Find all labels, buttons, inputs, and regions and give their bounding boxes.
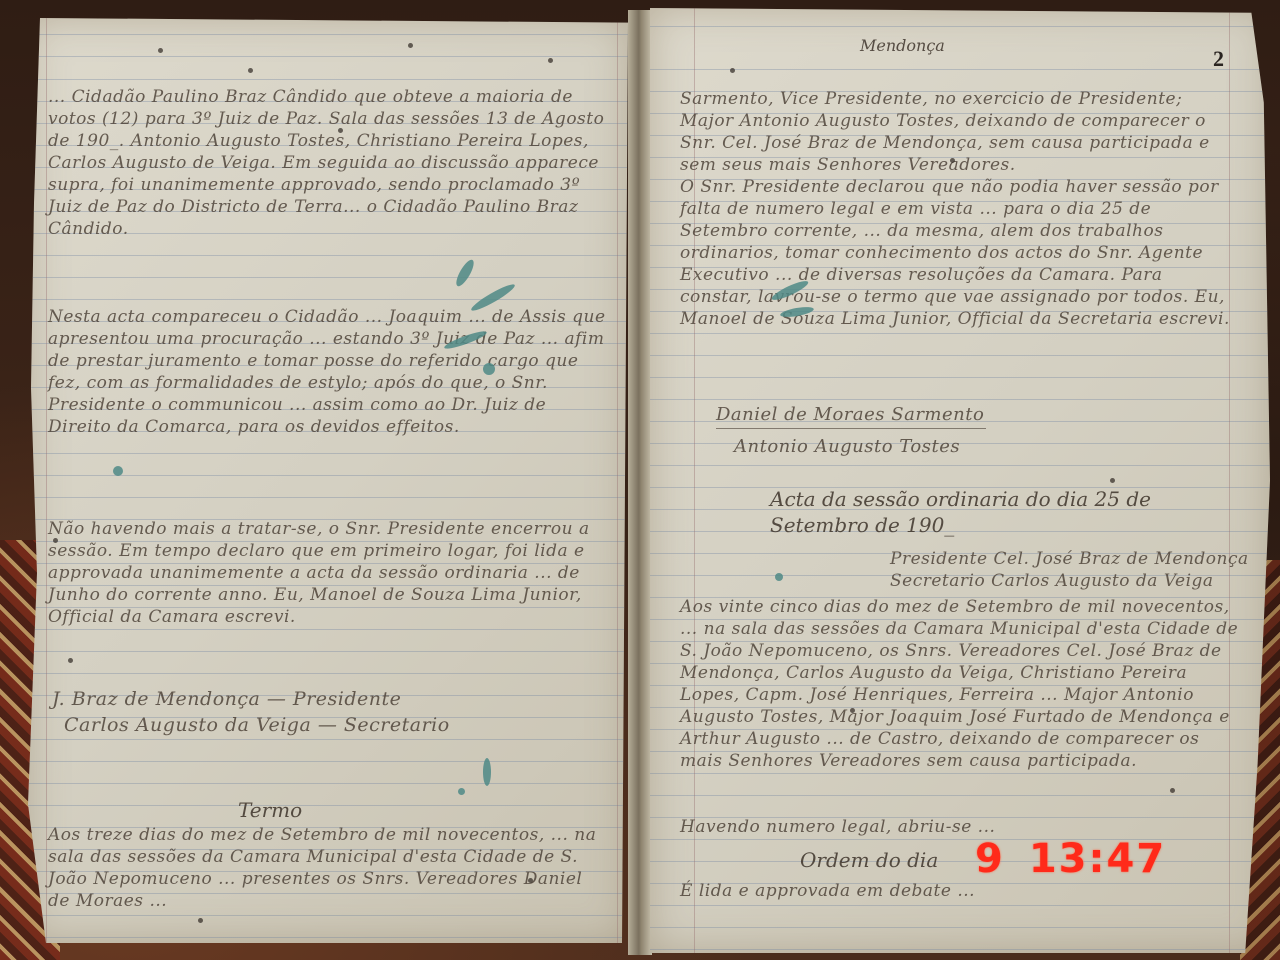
- left-closing-paragraph: Aos treze dias do mez de Setembro de mil…: [48, 824, 608, 912]
- speckle: [950, 158, 955, 163]
- right-signature-1: Daniel de Moraes Sarmento: [716, 404, 1116, 426]
- speckle: [198, 918, 203, 923]
- left-section-heading: Termo: [238, 798, 302, 822]
- right-header-note: Mendonça: [860, 36, 945, 55]
- speckle: [408, 43, 413, 48]
- right-final-line: É lida e approvada em debate ...: [680, 880, 1240, 902]
- right-paragraph-2: O Snr. Presidente declarou que não podia…: [680, 176, 1240, 330]
- speckle: [68, 658, 73, 663]
- left-paragraph-1: ... Cidadão Paulino Braz Cândido que obt…: [48, 86, 608, 240]
- margin-line: [46, 18, 47, 943]
- right-session-paragraph: Aos vinte cinco dias do mez de Setembro …: [680, 596, 1240, 772]
- speckle: [1170, 788, 1175, 793]
- ink-stain: [483, 363, 495, 375]
- margin-line: [617, 18, 618, 943]
- right-signature-2: Antonio Augusto Tostes: [734, 436, 1134, 458]
- right-officer-secretary: Secretario Carlos Augusto da Veiga: [890, 570, 1250, 592]
- left-paragraph-2: Nesta acta compareceu o Cidadão ... Joaq…: [48, 306, 608, 438]
- speckle: [158, 48, 163, 53]
- left-page: ... Cidadão Paulino Braz Cândido que obt…: [28, 18, 628, 943]
- timestamp-time: 13:47: [1029, 836, 1166, 882]
- left-paragraph-3: Não havendo mais a tratar-se, o Snr. Pre…: [48, 518, 608, 628]
- right-section-heading: Acta da sessão ordinaria do dia 25 de Se…: [770, 486, 1240, 538]
- camera-timestamp: 913:47: [975, 836, 1166, 882]
- timestamp-day: 9: [975, 836, 1005, 882]
- ink-stain: [113, 466, 123, 476]
- speckle: [548, 58, 553, 63]
- speckle: [53, 538, 58, 543]
- ink-stain: [483, 758, 491, 786]
- right-page: Mendonça 2 Sarmento, Vice Presidente, no…: [650, 8, 1270, 953]
- right-agenda-heading: Ordem do dia: [800, 848, 938, 872]
- right-paragraph-1: Sarmento, Vice Presidente, no exercicio …: [680, 88, 1240, 176]
- left-signature-president: J. Braz de Mendonça — Presidente: [52, 688, 592, 710]
- signature-underline: [716, 428, 986, 429]
- speckle: [338, 128, 343, 133]
- right-officer-president: Presidente Cel. José Braz de Mendonça: [890, 548, 1250, 570]
- right-quorum-note: Havendo numero legal, abriu-se ...: [680, 816, 1240, 838]
- speckle: [850, 708, 855, 713]
- ink-stain: [458, 788, 465, 795]
- left-signature-secretary: Carlos Augusto da Veiga — Secretario: [64, 714, 604, 736]
- speckle: [1110, 478, 1115, 483]
- speckle: [528, 878, 533, 883]
- ink-stain: [775, 573, 783, 581]
- speckle: [248, 68, 253, 73]
- page-number: 2: [1213, 46, 1224, 72]
- speckle: [730, 68, 735, 73]
- book-spine: [628, 10, 652, 955]
